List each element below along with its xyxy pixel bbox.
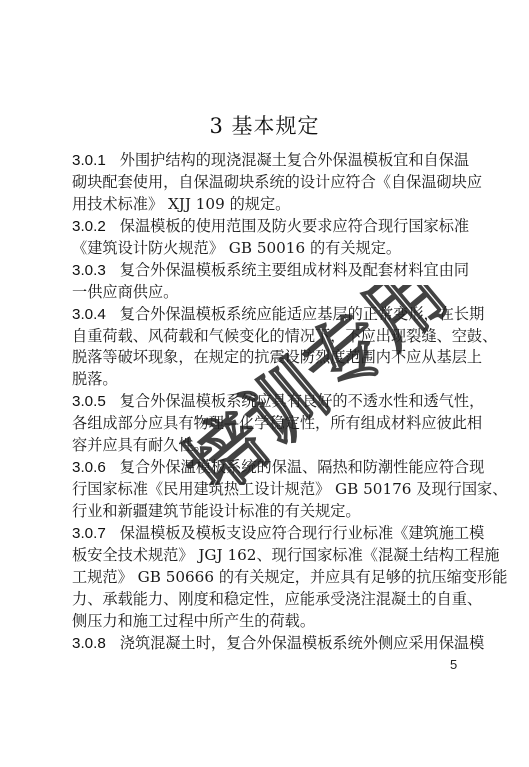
chapter-title: 3 基本规定 xyxy=(0,110,529,140)
clause-line: 行国家标准《民用建筑热工设计规范》 GB 50176 及现行国家、 xyxy=(72,479,458,501)
clause-text: 工规范》 GB 50666 的有关规定，并应具有足够的抗压缩变形能 xyxy=(72,568,507,586)
document-page: 3 基本规定 3.0.1外围护结构的现浇混凝土复合外保温模板宜和自保温砌块配套使… xyxy=(0,0,529,767)
clause-text: 外围护结构的现浇混凝土复合外保温模板宜和自保温 xyxy=(120,151,469,169)
clause-line-start: 3.0.8浇筑混凝土时，复合外保温模板系统外侧应采用保温模 xyxy=(72,633,458,655)
clause-text: 复合外保温模板系统主要组成材料及配套材料宜由同 xyxy=(120,261,469,279)
clause-text: 保温模板的使用范围及防火要求应符合现行国家标准 xyxy=(120,217,469,235)
clause-line: 砌块配套使用，自保温砌块系统的设计应符合《自保温砌块应 xyxy=(72,172,458,194)
clauses-body: 3.0.1外围护结构的现浇混凝土复合外保温模板宜和自保温砌块配套使用，自保温砌块… xyxy=(72,150,458,655)
clause-line-start: 3.0.2保温模板的使用范围及防火要求应符合现行国家标准 xyxy=(72,216,458,238)
clause-line-start: 3.0.4复合外保温模板系统应能适应基层的正常变形，在长期 xyxy=(72,304,458,326)
clause-line: 容并应具有耐久性。 xyxy=(72,435,458,457)
clause-line: 板安全技术规范》 JGJ 162、现行国家标准《混凝土结构工程施 xyxy=(72,545,458,567)
clause-number: 3.0.3 xyxy=(72,262,106,279)
clause-line-start: 3.0.6复合外保温模板系统的保温、隔热和防潮性能应符合现 xyxy=(72,457,458,479)
clause-line: 脱落。 xyxy=(72,369,458,391)
clause-text: 各组成部分应具有物理—化学稳定性，所有组成材料应彼此相 xyxy=(72,414,482,432)
clause-text: 行业和新疆建筑节能设计标准的有关规定。 xyxy=(72,502,361,520)
clause-text: 脱落。 xyxy=(72,370,118,388)
clause-text: 脱落等破坏现象，在规定的抗震设防烈度范围内不应从基层上 xyxy=(72,348,482,366)
clause-number: 3.0.1 xyxy=(72,152,106,169)
clause-text: 侧压力和施工过程中所产生的荷载。 xyxy=(72,612,315,630)
clause-line: 脱落等破坏现象，在规定的抗震设防烈度范围内不应从基层上 xyxy=(72,347,458,369)
clause-line-start: 3.0.7保温模板及模板支设应符合现行行业标准《建筑施工模 xyxy=(72,523,458,545)
clause-line: 《建筑设计防火规范》 GB 50016 的有关规定。 xyxy=(72,238,458,260)
clause-text: 保温模板及模板支设应符合现行行业标准《建筑施工模 xyxy=(120,524,485,542)
clause-text: 复合外保温模板系统的保温、隔热和防潮性能应符合现 xyxy=(120,458,485,476)
clause-number: 3.0.2 xyxy=(72,218,106,235)
clause-text: 板安全技术规范》 JGJ 162、现行国家标准《混凝土结构工程施 xyxy=(72,546,499,564)
clause-text: 复合外保温模板系统应能适应基层的正常变形，在长期 xyxy=(120,305,485,323)
clause-line: 行业和新疆建筑节能设计标准的有关规定。 xyxy=(72,501,458,523)
clause-text: 力、承载能力、刚度和稳定性，应能承受浇注混凝土的自重、 xyxy=(72,590,482,608)
clause-line: 工规范》 GB 50666 的有关规定，并应具有足够的抗压缩变形能 xyxy=(72,567,458,589)
clause-line: 自重荷载、风荷载和气候变化的情况下，不应出现裂缝、空鼓、 xyxy=(72,326,458,348)
clause-line-start: 3.0.3复合外保温模板系统主要组成材料及配套材料宜由同 xyxy=(72,260,458,282)
page-number: 5 xyxy=(450,657,457,672)
clause-text: 复合外保温模板系统应具有良好的不透水性和透气性， xyxy=(120,392,485,410)
clause-number: 3.0.7 xyxy=(72,525,106,542)
clause-text: 砌块配套使用，自保温砌块系统的设计应符合《自保温砌块应 xyxy=(72,173,482,191)
clause-line-start: 3.0.1外围护结构的现浇混凝土复合外保温模板宜和自保温 xyxy=(72,150,458,172)
clause-text: 用技术标准》 XJJ 109 的规定。 xyxy=(72,195,290,213)
clause-number: 3.0.6 xyxy=(72,459,106,476)
clause-text: 浇筑混凝土时，复合外保温模板系统外侧应采用保温模 xyxy=(120,634,485,652)
clause-line: 侧压力和施工过程中所产生的荷载。 xyxy=(72,611,458,633)
clause-number: 3.0.4 xyxy=(72,306,106,323)
clause-line: 用技术标准》 XJJ 109 的规定。 xyxy=(72,194,458,216)
clause-number: 3.0.5 xyxy=(72,393,106,410)
clause-number: 3.0.8 xyxy=(72,635,106,652)
clause-line: 力、承载能力、刚度和稳定性，应能承受浇注混凝土的自重、 xyxy=(72,589,458,611)
clause-text: 自重荷载、风荷载和气候变化的情况下，不应出现裂缝、空鼓、 xyxy=(72,327,497,345)
clause-text: 《建筑设计防火规范》 GB 50016 的有关规定。 xyxy=(72,239,401,257)
clause-text: 一供应商供应。 xyxy=(72,283,178,301)
clause-line-start: 3.0.5复合外保温模板系统应具有良好的不透水性和透气性， xyxy=(72,391,458,413)
clause-text: 行国家标准《民用建筑热工设计规范》 GB 50176 及现行国家、 xyxy=(72,480,507,498)
clause-line: 一供应商供应。 xyxy=(72,282,458,304)
clause-text: 容并应具有耐久性。 xyxy=(72,436,209,454)
clause-line: 各组成部分应具有物理—化学稳定性，所有组成材料应彼此相 xyxy=(72,413,458,435)
